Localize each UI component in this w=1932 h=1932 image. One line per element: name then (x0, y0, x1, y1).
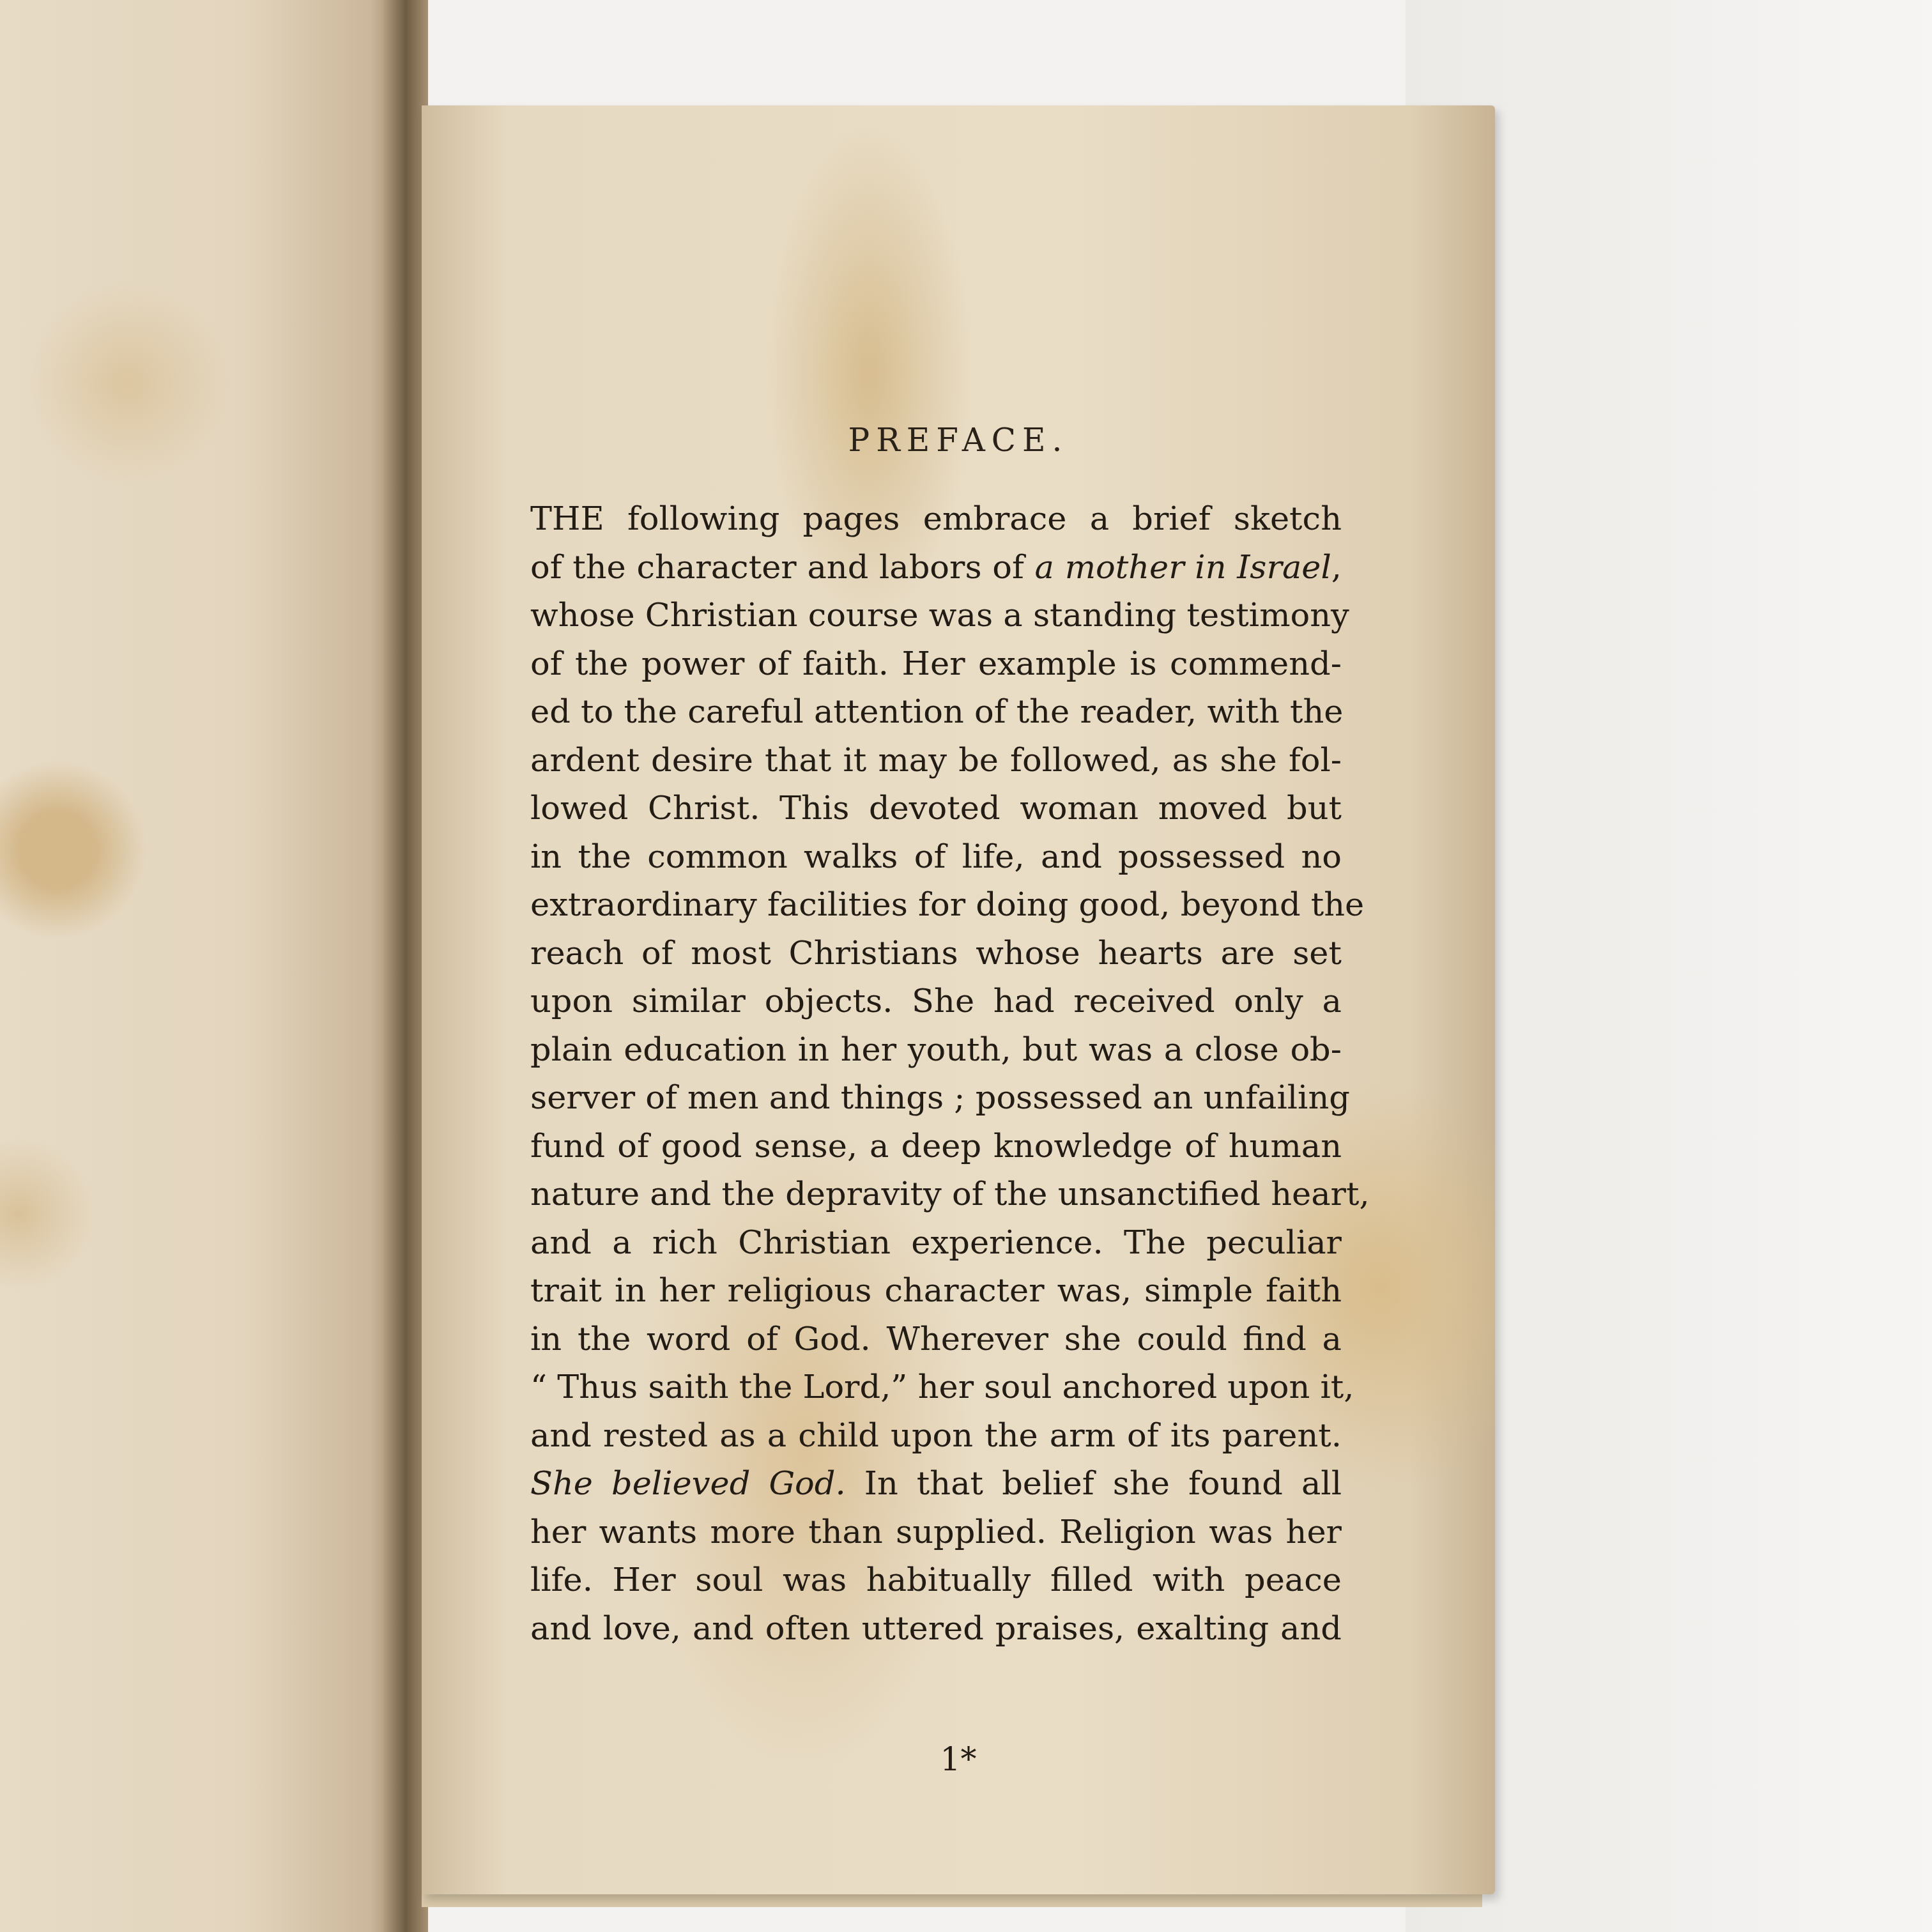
text-line: trait in her religious character was, si… (530, 1267, 1342, 1315)
line-text: following pages embrace a brief sketch (604, 500, 1342, 538)
text-line: and rested as a child upon the arm of it… (530, 1412, 1342, 1460)
right-page: PREFACE. THE following pages embrace a b… (422, 105, 1495, 1894)
preface-text: THE following pages embrace a brief sket… (530, 495, 1342, 1653)
text-line: of the character and labors of a mother … (530, 544, 1342, 592)
text-line: life. Her soul was habitually filled wit… (530, 1556, 1342, 1605)
text-line: upon similar objects. She had received o… (530, 977, 1342, 1026)
text-line: in the common walks of life, and possess… (530, 833, 1342, 882)
italic-phrase: a mother in Israel (1035, 549, 1331, 586)
left-page-blank (0, 0, 402, 1932)
text-line: THE following pages embrace a brief sket… (530, 495, 1342, 544)
signature-mark: 1* (422, 1741, 1495, 1778)
text-line: ardent desire that it may be followed, a… (530, 737, 1342, 785)
text-line: in the word of God. Wherever she could f… (530, 1315, 1342, 1364)
page-heading: PREFACE. (422, 422, 1495, 459)
text-line: server of men and things ; possessed an … (530, 1074, 1342, 1123)
text-line: her wants more than supplied. Religion w… (530, 1508, 1342, 1557)
text-line: She believed God. In that belief she fou… (530, 1460, 1342, 1508)
text-line: of the power of faith. Her example is co… (530, 640, 1342, 689)
text-line: nature and the depravity of the unsancti… (530, 1170, 1342, 1219)
text-line: and a rich Christian experience. The pec… (530, 1219, 1342, 1268)
text-line: ed to the careful attention of the reade… (530, 688, 1342, 737)
text-line: fund of good sense, a deep knowledge of … (530, 1123, 1342, 1171)
text-line: whose Christian course was a standing te… (530, 592, 1342, 640)
text-line: reach of most Christians whose hearts ar… (530, 930, 1342, 978)
text-line: lowed Christ. This devoted woman moved b… (530, 785, 1342, 833)
text-line: extraordinary facilities for doing good,… (530, 881, 1342, 930)
line-text: of the character and labors of (530, 549, 1035, 586)
line-text: In that belief she found all (846, 1465, 1342, 1503)
text-line: “ Thus saith the Lord,” her soul anchore… (530, 1363, 1342, 1412)
line-text: , (1331, 549, 1342, 586)
text-line: plain education in her youth, but was a … (530, 1026, 1342, 1075)
italic-phrase: She believed God. (530, 1465, 846, 1503)
initial-word: THE (530, 500, 604, 538)
text-line: and love, and often uttered praises, exa… (530, 1605, 1342, 1653)
